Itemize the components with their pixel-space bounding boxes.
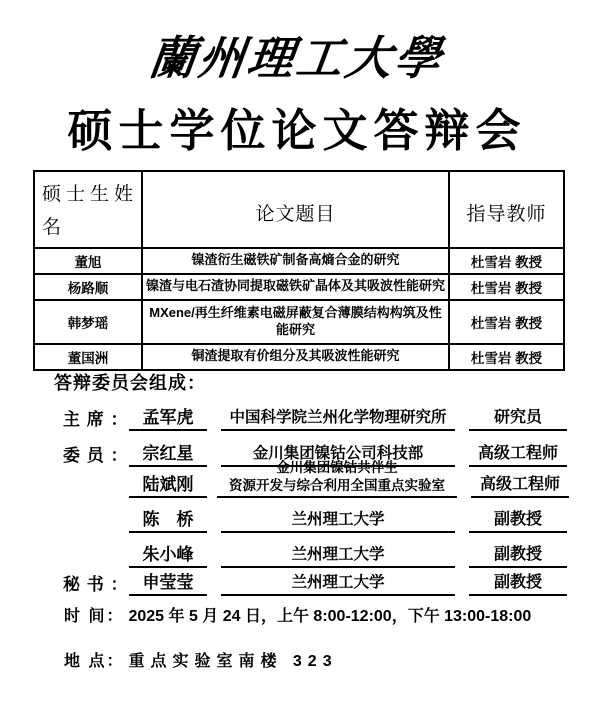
member-name: 陆斌刚 xyxy=(129,470,207,498)
role-label-spacer xyxy=(63,497,129,498)
member-job-title: 高级工程师 xyxy=(471,471,569,498)
defense-schedule-table: 硕士生姓名 论文题目 指导教师 董旭 镍渣衍生磁铁矿制备高熵合金的研究 杜雪岩 … xyxy=(33,170,565,371)
student-name: 董国洲 xyxy=(34,344,142,370)
committee-row-secretary: 秘 书 ： 申莹莹 兰州理工大学 副教授 xyxy=(63,568,567,596)
committee-row-member: 陈 桥 兰州理工大学 副教授 xyxy=(63,505,567,533)
member-name: 朱小峰 xyxy=(129,540,207,568)
thesis-title: 铜渣提取有价组分及其吸波性能研究 xyxy=(142,344,449,370)
student-name: 韩梦瑶 xyxy=(34,300,142,344)
column-header-thesis-title: 论文题目 xyxy=(142,171,449,248)
column-header-advisor: 指导教师 xyxy=(449,171,564,248)
table-header-row: 硕士生姓名 论文题目 指导教师 xyxy=(34,171,564,248)
committee-row-member: 朱小峰 兰州理工大学 副教授 xyxy=(63,540,567,568)
page-title: 硕士学位论文答辩会 xyxy=(0,94,594,159)
table-row: 董旭 镍渣衍生磁铁矿制备高熵合金的研究 杜雪岩 教授 xyxy=(34,248,564,274)
student-name: 董旭 xyxy=(34,248,142,274)
place-value: 重点实验室南楼 323 xyxy=(128,653,337,670)
member-job-title: 副教授 xyxy=(469,569,567,596)
member-name: 陈 桥 xyxy=(129,505,207,533)
committee-section-heading: 答辩委员会组成： xyxy=(54,369,206,395)
advisor-name: 杜雪岩 教授 xyxy=(449,344,564,370)
place-label: 地 点： xyxy=(64,653,124,670)
member-name: 申莹莹 xyxy=(129,568,207,596)
thesis-title: 镍渣衍生磁铁矿制备高熵合金的研究 xyxy=(142,248,449,274)
defense-announcement-page: { "header": { "logo_calligraphy": "蘭州理工大… xyxy=(0,0,594,717)
university-calligraphy-logo: 蘭州理工大學 xyxy=(0,22,594,88)
table-row: 杨路顺 镍渣与电石渣协同提取磁铁矿晶体及其吸波性能研究 杜雪岩 教授 xyxy=(34,274,564,300)
schedule-time-line: 时 间：2025 年 5 月 24 日，上午 8:00-12:00，下午 13:… xyxy=(64,603,531,626)
committee-row-member: 陆斌刚 金川集团镍钴共伴生 资源开发与综合利用全国重点实验室 高级工程师 xyxy=(63,459,569,498)
member-name: 孟军虎 xyxy=(129,403,207,431)
table-row: 韩梦瑶 MXene/再生纤维素电磁屏蔽复合薄膜结构构筑及性能研究 杜雪岩 教授 xyxy=(34,300,564,344)
member-org-line1: 金川集团镍钴共伴生 xyxy=(276,460,398,475)
member-job-title: 研究员 xyxy=(469,404,567,431)
committee-row-chair: 主 席 ： 孟军虎 中国科学院兰州化学物理研究所 研究员 xyxy=(63,403,567,431)
thesis-title: 镍渣与电石渣协同提取磁铁矿晶体及其吸波性能研究 xyxy=(142,274,449,300)
schedule-place-line: 地 点：重点实验室南楼 323 xyxy=(64,648,338,671)
role-label: 秘 书 ： xyxy=(63,570,129,596)
thesis-title: MXene/再生纤维素电磁屏蔽复合薄膜结构构筑及性能研究 xyxy=(142,300,449,344)
member-org: 金川集团镍钴共伴生 资源开发与综合利用全国重点实验室 xyxy=(217,459,457,498)
member-org: 兰州理工大学 xyxy=(221,542,455,568)
role-label: 主 席 ： xyxy=(63,405,129,431)
time-label: 时 间： xyxy=(64,608,124,625)
member-org: 中国科学院兰州化学物理研究所 xyxy=(221,405,455,431)
member-job-title: 副教授 xyxy=(469,506,567,533)
advisor-name: 杜雪岩 教授 xyxy=(449,274,564,300)
advisor-name: 杜雪岩 教授 xyxy=(449,300,564,344)
table-row: 董国洲 铜渣提取有价组分及其吸波性能研究 杜雪岩 教授 xyxy=(34,344,564,370)
member-job-title: 副教授 xyxy=(469,541,567,568)
student-name: 杨路顺 xyxy=(34,274,142,300)
member-org-line2: 资源开发与综合利用全国重点实验室 xyxy=(217,477,457,498)
member-org: 兰州理工大学 xyxy=(221,507,455,533)
time-value: 2025 年 5 月 24 日，上午 8:00-12:00，下午 13:00-1… xyxy=(128,608,531,625)
column-header-student-name: 硕士生姓名 xyxy=(34,171,142,248)
member-org: 兰州理工大学 xyxy=(221,570,455,596)
role-label-spacer xyxy=(63,532,129,533)
advisor-name: 杜雪岩 教授 xyxy=(449,248,564,274)
